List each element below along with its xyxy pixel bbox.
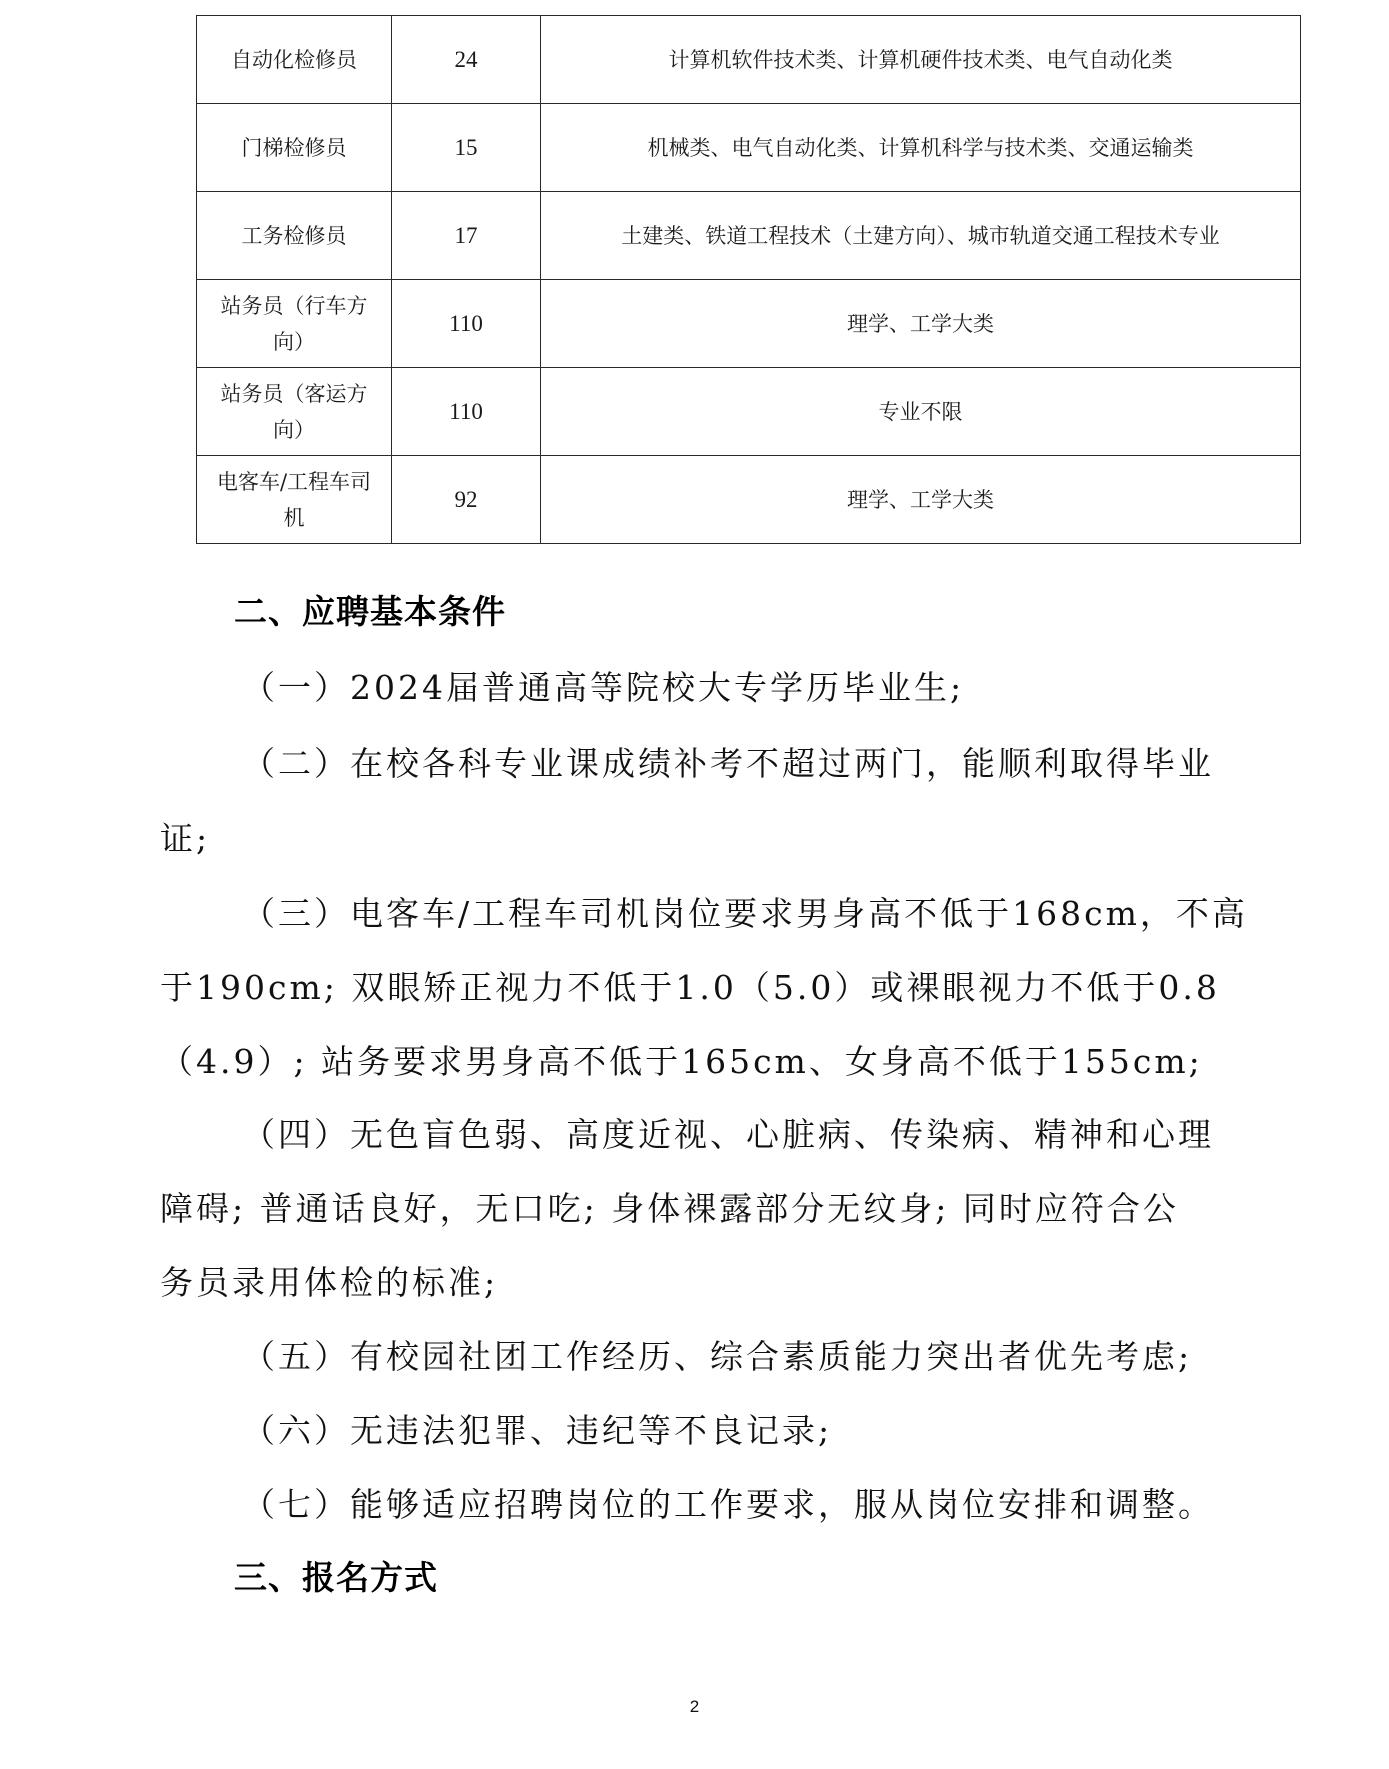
table-row: 自动化检修员 24 计算机软件技术类、计算机硬件技术类、电气自动化类 <box>197 16 1301 104</box>
positions-table: 自动化检修员 24 计算机软件技术类、计算机硬件技术类、电气自动化类 门梯检修员… <box>196 15 1301 544</box>
requirement-item-1: （一）2024届普通高等院校大专学历毕业生; <box>242 662 964 709</box>
headcount-cell: 17 <box>392 192 541 280</box>
requirement-item-2-line-1: （二）在校各科专业课成绩补考不超过两门，能顺利取得毕业 <box>242 738 1214 785</box>
table-row: 站务员（客运方向） 110 专业不限 <box>197 368 1301 456</box>
document-page: 自动化检修员 24 计算机软件技术类、计算机硬件技术类、电气自动化类 门梯检修员… <box>0 0 1389 1769</box>
position-name-cell: 自动化检修员 <box>197 16 392 104</box>
majors-cell: 专业不限 <box>541 368 1301 456</box>
headcount-cell: 110 <box>392 280 541 368</box>
requirement-item-4-line-2: 障碍; 普通话良好，无口吃; 身体裸露部分无纹身; 同时应符合公 <box>160 1183 1179 1230</box>
headcount-cell: 24 <box>392 16 541 104</box>
requirement-item-7: （七）能够适应招聘岗位的工作要求，服从岗位安排和调整。 <box>242 1479 1214 1526</box>
position-name-cell: 电客车/工程车司机 <box>197 456 392 544</box>
majors-cell: 理学、工学大类 <box>541 280 1301 368</box>
requirement-item-3-line-2: 于190cm; 双眼矫正视力不低于1.0（5.0）或裸眼视力不低于0.8 <box>160 962 1220 1009</box>
majors-cell: 计算机软件技术类、计算机硬件技术类、电气自动化类 <box>541 16 1301 104</box>
position-name-cell: 站务员（行车方向） <box>197 280 392 368</box>
requirement-item-6: （六）无违法犯罪、违纪等不良记录; <box>242 1405 832 1452</box>
requirement-item-3-line-1: （三）电客车/工程车司机岗位要求男身高不低于168cm，不高 <box>242 888 1248 935</box>
section-heading-requirements: 二、应聘基本条件 <box>234 586 506 633</box>
headcount-cell: 92 <box>392 456 541 544</box>
majors-cell: 土建类、铁道工程技术（土建方向）、城市轨道交通工程技术专业 <box>541 192 1301 280</box>
section-heading-registration: 三、报名方式 <box>234 1552 438 1599</box>
position-name-cell: 站务员（客运方向） <box>197 368 392 456</box>
requirement-item-4-line-1: （四）无色盲色弱、高度近视、心脏病、传染病、精神和心理 <box>242 1109 1214 1156</box>
page-number: 2 <box>0 1697 1389 1717</box>
headcount-cell: 110 <box>392 368 541 456</box>
table-row: 门梯检修员 15 机械类、电气自动化类、计算机科学与技术类、交通运输类 <box>197 104 1301 192</box>
position-name-cell: 工务检修员 <box>197 192 392 280</box>
requirement-item-4-line-3: 务员录用体检的标准; <box>160 1257 498 1304</box>
table-row: 工务检修员 17 土建类、铁道工程技术（土建方向）、城市轨道交通工程技术专业 <box>197 192 1301 280</box>
majors-cell: 机械类、电气自动化类、计算机科学与技术类、交通运输类 <box>541 104 1301 192</box>
headcount-cell: 15 <box>392 104 541 192</box>
table-row: 电客车/工程车司机 92 理学、工学大类 <box>197 456 1301 544</box>
position-name-cell: 门梯检修员 <box>197 104 392 192</box>
table-row: 站务员（行车方向） 110 理学、工学大类 <box>197 280 1301 368</box>
requirement-item-5: （五）有校园社团工作经历、综合素质能力突出者优先考虑; <box>242 1331 1192 1378</box>
requirement-item-3-line-3: （4.9）; 站务要求男身高不低于165cm、女身高不低于155cm; <box>160 1036 1203 1083</box>
requirement-item-2-line-2: 证; <box>160 813 210 860</box>
majors-cell: 理学、工学大类 <box>541 456 1301 544</box>
